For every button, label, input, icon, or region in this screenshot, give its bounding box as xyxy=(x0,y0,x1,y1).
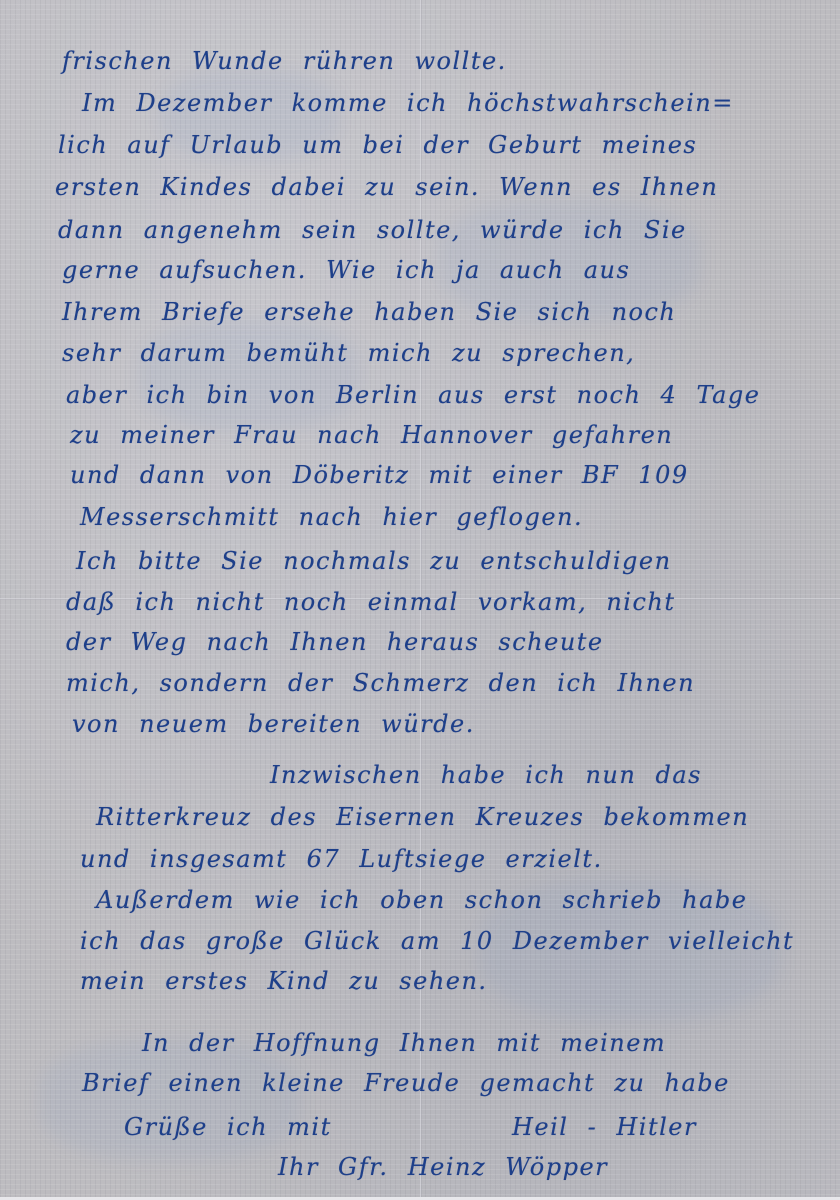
handwritten-line: Ritterkreuz des Eisernen Kreuzes bekomme… xyxy=(96,802,749,832)
handwritten-line: ersten Kindes dabei zu sein. Wenn es Ihn… xyxy=(55,172,718,202)
handwritten-line: dann angenehm sein sollte, würde ich Sie xyxy=(58,215,687,245)
handwritten-line: Ihrem Briefe ersehe haben Sie sich noch xyxy=(62,297,676,327)
handwritten-line: aber ich bin von Berlin aus erst noch 4 … xyxy=(66,380,760,410)
handwritten-line: Inzwischen habe ich nun das xyxy=(270,760,702,790)
letter-page: frischen Wunde rühren wollte.Im Dezember… xyxy=(0,0,840,1200)
handwritten-line: daß ich nicht noch einmal vorkam, nicht xyxy=(66,587,676,617)
handwritten-line: In der Hoffnung Ihnen mit meinem xyxy=(142,1028,666,1058)
handwritten-line: und dann von Döberitz mit einer BF 109 xyxy=(70,460,689,490)
handwritten-line: Außerdem wie ich oben schon schrieb habe xyxy=(96,885,747,915)
ink-bleed xyxy=(140,320,360,430)
handwritten-line: Brief einen kleine Freude gemacht zu hab… xyxy=(82,1068,730,1098)
handwritten-line: Ihr Gfr. Heinz Wöpper xyxy=(278,1152,608,1182)
handwritten-line: Messerschmitt nach hier geflogen. xyxy=(80,502,583,532)
handwritten-line: frischen Wunde rühren wollte. xyxy=(62,46,507,76)
handwritten-line: von neuem bereiten würde. xyxy=(72,709,475,739)
handwritten-line: Grüße ich mit xyxy=(124,1112,332,1142)
handwritten-line: mein erstes Kind zu sehen. xyxy=(80,966,488,996)
handwritten-line: ich das große Glück am 10 Dezember viell… xyxy=(80,926,794,956)
handwritten-line: mich, sondern der Schmerz den ich Ihnen xyxy=(66,668,695,698)
handwritten-line: und insgesamt 67 Luftsiege erzielt. xyxy=(80,844,603,874)
handwritten-line: Heil - Hitler xyxy=(512,1112,697,1142)
handwritten-line: lich auf Urlaub um bei der Geburt meines xyxy=(58,130,697,160)
handwritten-line: Ich bitte Sie nochmals zu entschuldigen xyxy=(76,546,672,576)
handwritten-line: Im Dezember komme ich höchstwahrschein= xyxy=(82,88,734,118)
handwritten-line: der Weg nach Ihnen heraus scheute xyxy=(66,627,604,657)
handwritten-line: gerne aufsuchen. Wie ich ja auch aus xyxy=(62,255,630,285)
ink-bleed xyxy=(40,1040,300,1160)
handwritten-line: zu meiner Frau nach Hannover gefahren xyxy=(70,420,673,450)
handwritten-line: sehr darum bemüht mich zu sprechen, xyxy=(62,338,635,368)
